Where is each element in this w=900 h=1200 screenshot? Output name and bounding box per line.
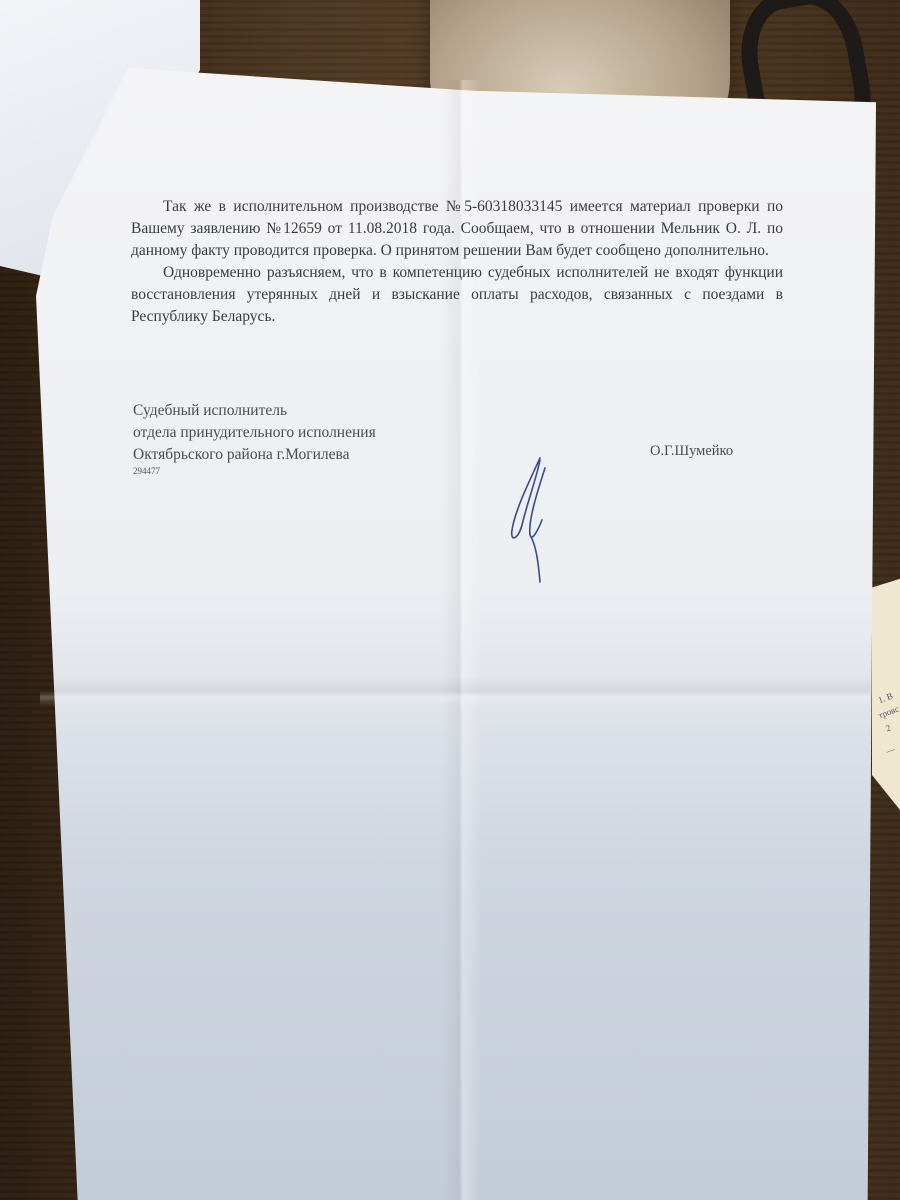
title-line-3: Октябрьского района г.Могилева xyxy=(133,444,376,466)
fragment-text: тровс xyxy=(877,704,900,721)
title-line-2: отдела принудительного исполнения xyxy=(133,422,376,444)
signer-name: О.Г.Шумейко xyxy=(650,443,733,460)
title-line-1: Судебный исполнитель xyxy=(133,400,376,422)
fragment-text: 2 xyxy=(884,723,892,734)
horizontal-fold-crease xyxy=(40,676,870,706)
letter-body: Так же в исполнительном производстве №5-… xyxy=(131,196,783,328)
fragment-text: 1. В xyxy=(877,691,895,706)
document-code: 294477 xyxy=(133,466,376,476)
handwritten-signature-icon xyxy=(500,450,580,590)
paragraph-2: Одновременно разъясняем, что в компетенц… xyxy=(131,262,783,328)
official-title-block: Судебный исполнитель отдела принудительн… xyxy=(133,400,376,476)
fragment-text: — xyxy=(885,744,897,756)
paragraph-1: Так же в исполнительном производстве №5-… xyxy=(131,196,783,262)
